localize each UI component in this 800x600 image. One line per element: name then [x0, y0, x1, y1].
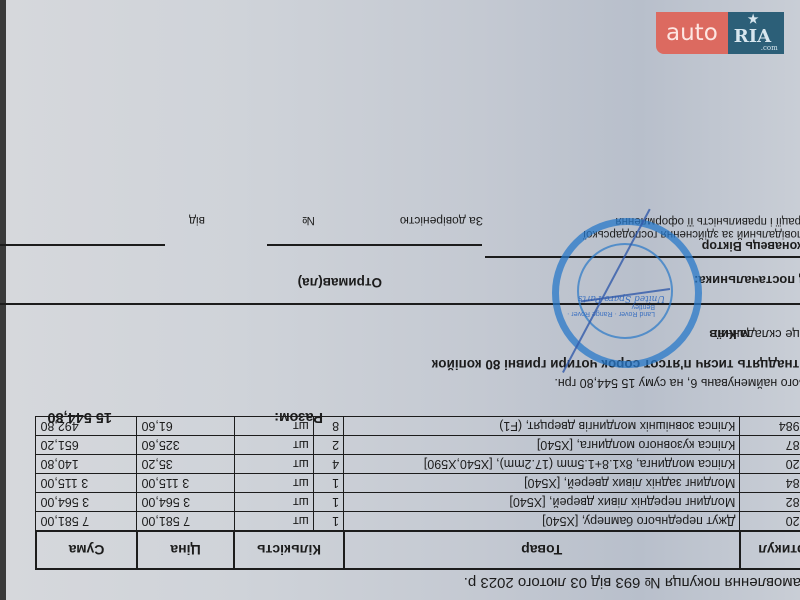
watermark-auto: auto — [656, 12, 728, 54]
signature-line-receiver — [267, 244, 482, 246]
summary-count: Всього найменувань 6, на суму 15 544,80 … — [554, 376, 800, 390]
cell-product: Кліпса молдинга, 8x1.8+1.5mm (17.2mm), [… — [344, 455, 740, 474]
star-icon: ★ — [748, 12, 759, 26]
cell-quantity: 4 — [313, 455, 343, 474]
cell-price: 3 564,00 — [137, 493, 234, 512]
document-title: Замовлення покупця № 693 від 03 лютого 2… — [464, 574, 800, 591]
proxy-number-label: № — [302, 214, 315, 228]
autoria-watermark: auto ★ RIA .com — [656, 12, 784, 54]
cell-article: C19982 — [740, 493, 800, 512]
cell-product: Молдинг задніх лівих дверей, [X540] — [344, 474, 740, 493]
cell-sum: 3 564,00 — [36, 493, 137, 512]
header-price: Ціна — [137, 531, 234, 569]
invoice-document: Замовлення покупця № 693 від 03 лютого 2… — [0, 0, 800, 600]
proxy-date-label: від — [189, 214, 205, 228]
supplier-label: Від постачальника: — [694, 273, 800, 288]
cell-unit: шт — [234, 455, 313, 474]
total-label: Разом: — [274, 409, 323, 425]
company-stamp: Land Rover · Range Rover · Bentley Unite… — [552, 218, 702, 368]
cell-unit: шт — [234, 474, 313, 493]
received-label: Отримав(ла) — [298, 275, 382, 290]
cell-unit: шт — [234, 512, 313, 532]
cell-article: C10787 — [740, 436, 800, 455]
cell-unit: шт — [234, 436, 313, 455]
header-article: Артикул — [740, 531, 800, 569]
header-product: Товар — [344, 531, 740, 569]
cell-article: C27420 — [740, 512, 800, 532]
cell-product: Кліпса зовнішніх молдингів дверцят, (F1) — [344, 417, 740, 436]
cell-price: 7 581,00 — [137, 512, 234, 532]
cell-price: 325,60 — [137, 436, 234, 455]
executor-name: Виконавець Віктор — [702, 239, 800, 253]
cell-quantity: 1 — [313, 493, 343, 512]
table-row: C28920Кліпса молдинга, 8x1.8+1.5mm (17.2… — [36, 455, 800, 474]
signature-line-proxy — [0, 244, 165, 246]
table-row: C10787Кліпса кузовного молдинга, [X540]2… — [36, 436, 800, 455]
total-value: 15 544,80 — [47, 409, 112, 425]
header-quantity: Кількість — [234, 531, 344, 569]
watermark-ria: ★ RIA .com — [728, 12, 784, 54]
cell-product: Молдинг передніх лівих дверей, [X540] — [344, 493, 740, 512]
cell-price: 61,60 — [137, 417, 234, 436]
cell-product: Кліпса кузовного молдинга, [X540] — [344, 436, 740, 455]
issued-place-city: м.Київ — [709, 327, 750, 342]
table-row: C032984Кліпса зовнішніх молдингів дверця… — [36, 417, 800, 436]
table-row: C19982Молдинг передніх лівих дверей, [X5… — [36, 493, 800, 512]
cell-price: 3 115,00 — [137, 474, 234, 493]
cell-quantity: 1 — [313, 474, 343, 493]
cell-sum: 140,80 — [36, 455, 137, 474]
cell-sum: 3 115,00 — [36, 474, 137, 493]
header-sum: Сума — [36, 531, 137, 569]
table-row: C19984Молдинг задніх лівих дверей, [X540… — [36, 474, 800, 493]
proxy-label: За довіреністю — [400, 214, 483, 228]
cell-unit: шт — [234, 493, 313, 512]
cell-article: C28920 — [740, 455, 800, 474]
watermark-domain: .com — [761, 44, 778, 52]
table-row: C27420Джут переднього бамперу, [X540]1шт… — [36, 512, 800, 532]
table-header-row: Артикул Товар Кількість Ціна Сума — [36, 531, 800, 569]
cell-quantity: 1 — [313, 512, 343, 532]
cell-sum: 651,20 — [36, 436, 137, 455]
cell-article: C19984 — [740, 474, 800, 493]
cell-product: Джут переднього бамперу, [X540] — [344, 512, 740, 532]
stamp-subtext: Land Rover · Range Rover · Bentley — [559, 303, 655, 317]
cell-price: 35,20 — [137, 455, 234, 474]
cell-article: C032984 — [740, 417, 800, 436]
cell-quantity: 2 — [313, 436, 343, 455]
cell-sum: 7 581,00 — [36, 512, 137, 532]
items-table: Артикул Товар Кількість Ціна Сума C27420… — [35, 416, 800, 570]
